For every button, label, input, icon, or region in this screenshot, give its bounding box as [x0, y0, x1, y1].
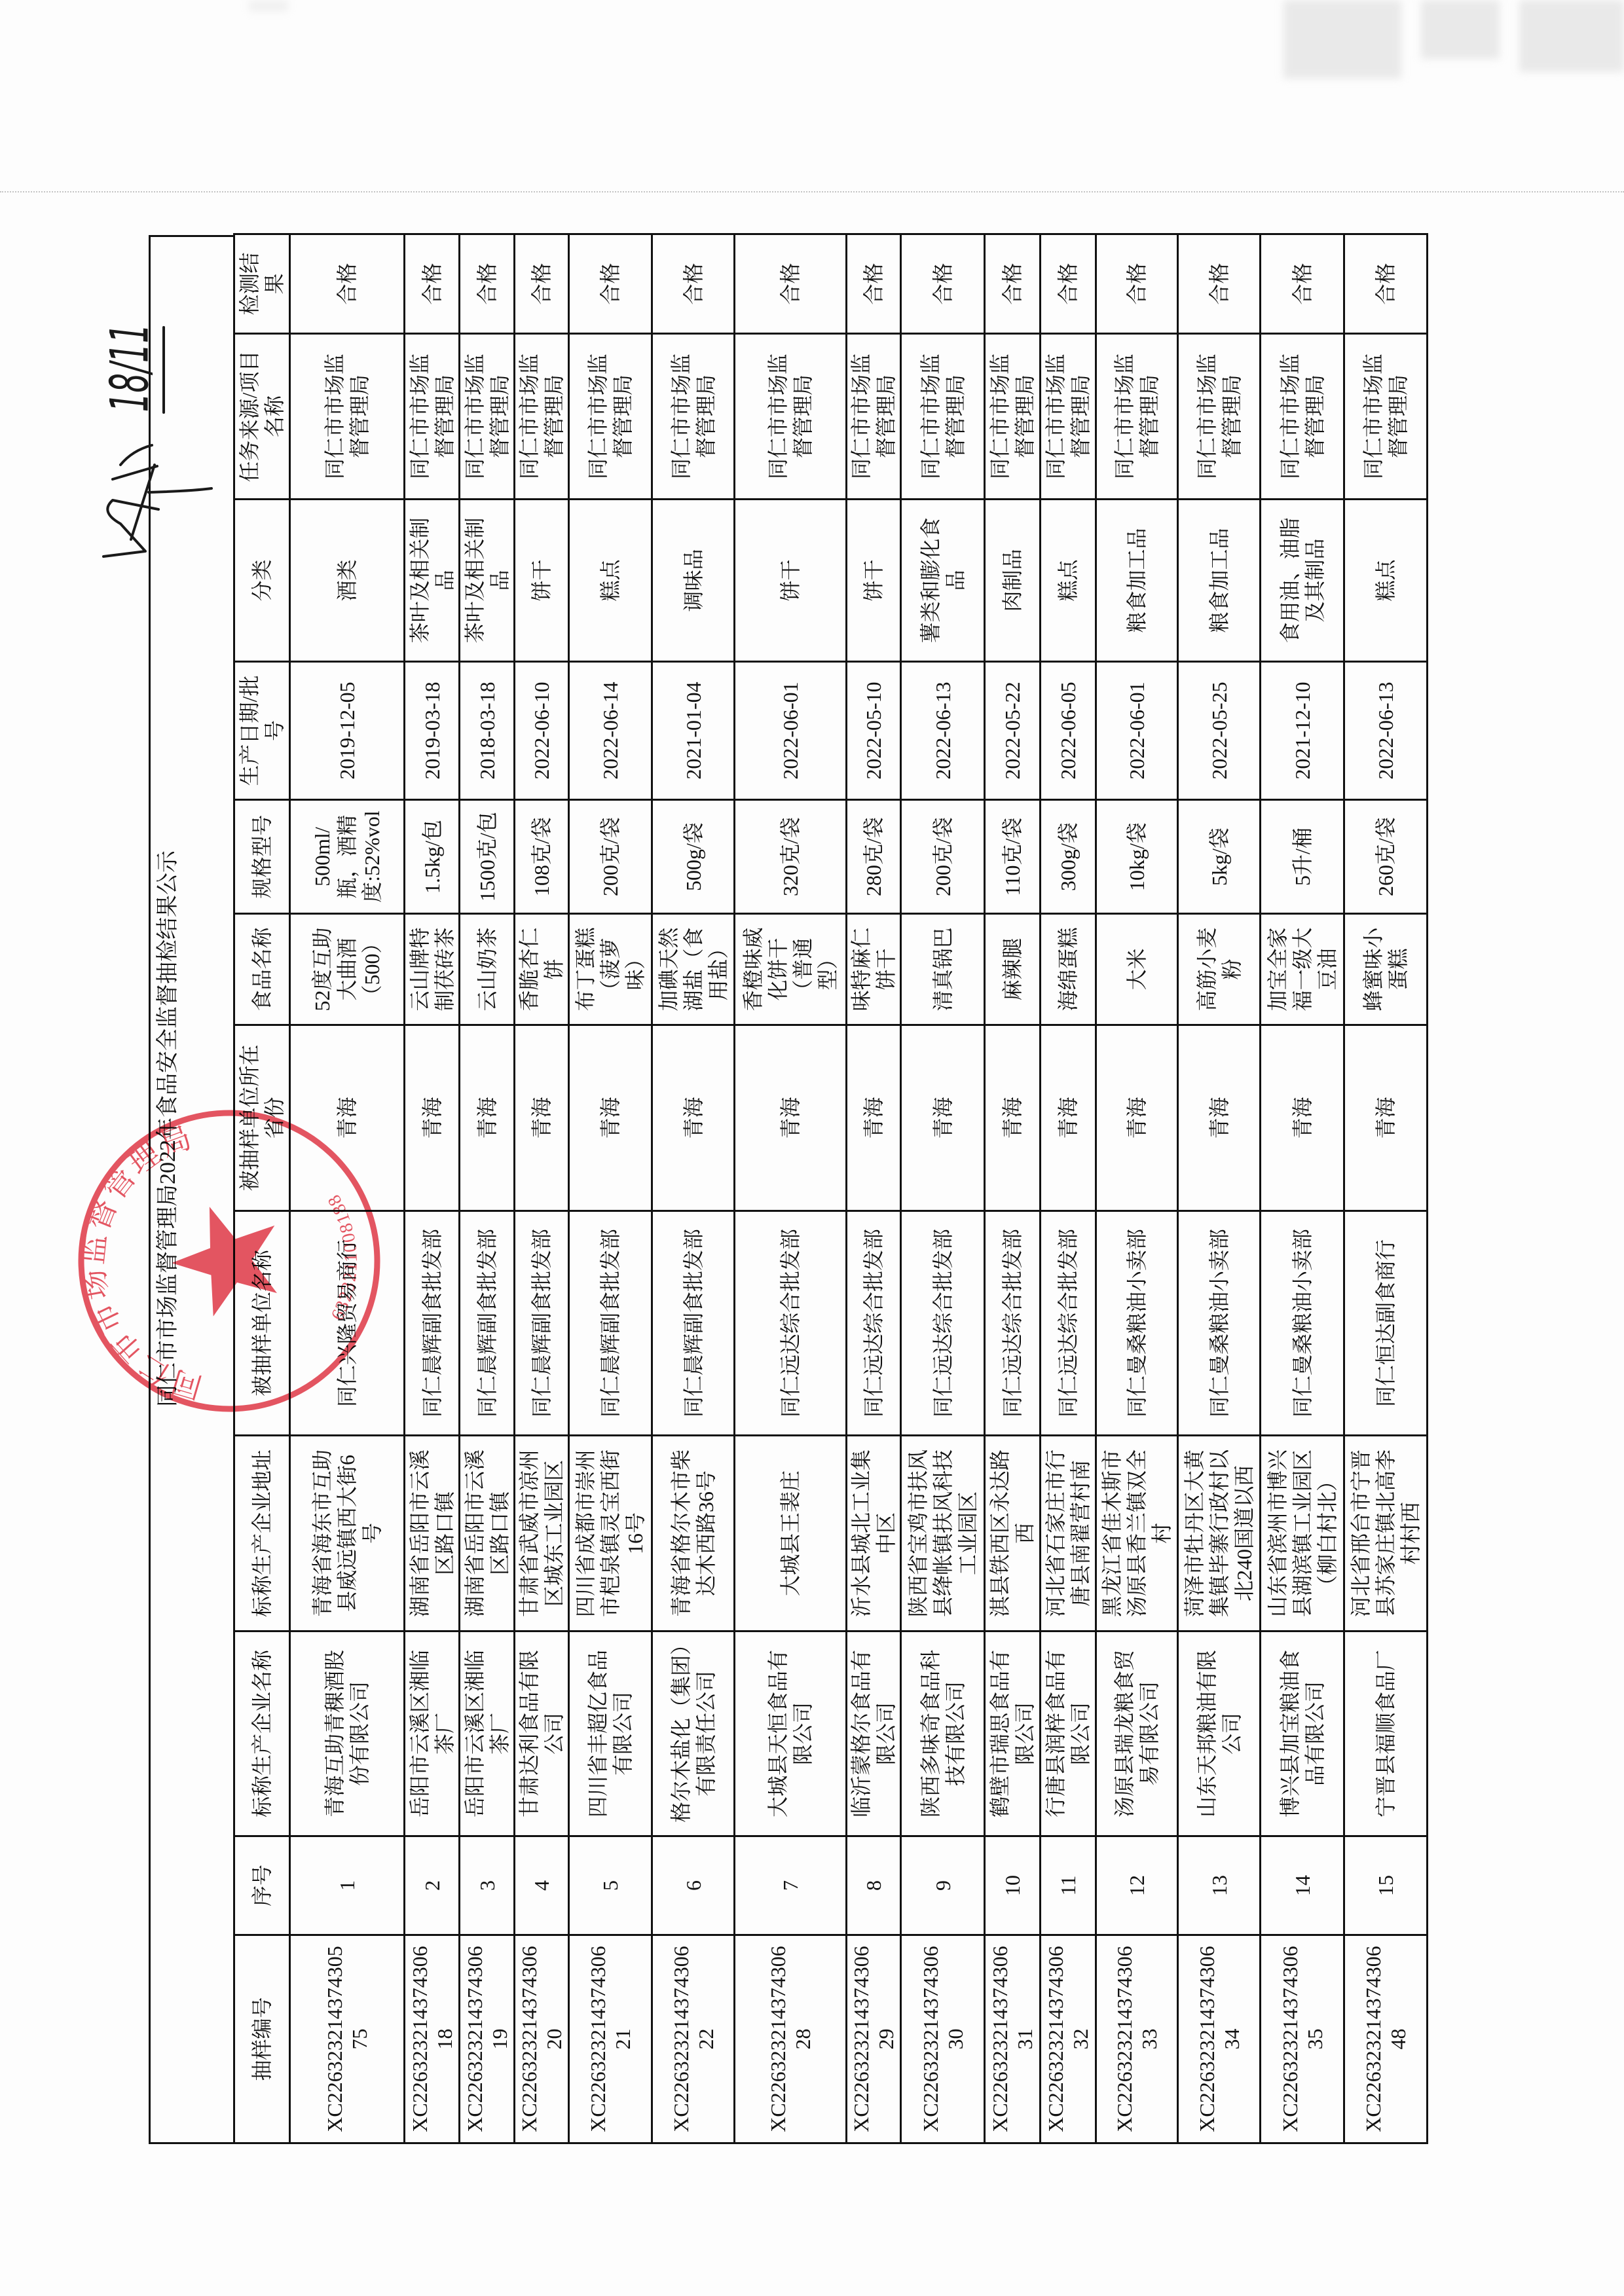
cell-manufacturer: 山东天邦粮油有限公司 [1178, 1631, 1261, 1836]
cell-food-name: 加碘天然湖盐（食用盐） [652, 914, 735, 1025]
cell-category: 糕点 [1344, 500, 1428, 662]
cell-food-name: 高筋小麦粉 [1178, 914, 1261, 1025]
cell-sample-no: XC22632321437430618 [405, 1935, 460, 2143]
cell-category: 酒类 [290, 500, 405, 662]
cell-manufacturer: 陕西多味奇食品科技有限公司 [901, 1631, 985, 1836]
cell-result: 合格 [735, 234, 847, 334]
cell-spec: 500ml/瓶，酒精度:52%vol [290, 800, 405, 914]
cell-sample-no: XC22632321437430628 [735, 1935, 847, 2143]
cell-category: 饼干 [847, 500, 901, 662]
cell-sample-no: XC22632321437430620 [515, 1935, 569, 2143]
cell-manufacturer: 岳阳市云溪区湘临茶厂 [405, 1631, 460, 1836]
cell-sampled-unit: 同仁曼桑粮油小卖部 [1096, 1211, 1178, 1436]
cell-food-name: 加宝全家福一级大豆油 [1261, 914, 1344, 1025]
cell-result: 合格 [1344, 234, 1428, 334]
cell-category: 茶叶及相关制品 [460, 500, 515, 662]
scanned-page: { "document": { "title": "同仁市市场监督管理局2022… [0, 0, 1624, 2296]
cell-sampled-unit: 同仁远达综合批发部 [901, 1211, 985, 1436]
header-spec: 规格型号 [234, 800, 290, 914]
cell-task-source: 同仁市市场监督管理局 [460, 334, 515, 500]
cell-production-date: 2019-12-05 [290, 662, 405, 800]
cell-manufacturer-address: 河北省邢台市宁晋县苏家庄镇北高李村村西 [1344, 1436, 1428, 1631]
cell-spec: 110克/袋 [985, 800, 1041, 914]
cell-production-date: 2022-06-14 [569, 662, 652, 800]
cell-category: 肉制品 [985, 500, 1041, 662]
cell-seq: 5 [569, 1836, 652, 1935]
cell-sampled-unit: 同仁晨辉副食批发部 [460, 1211, 515, 1436]
cell-sampled-province: 青海 [569, 1025, 652, 1211]
cell-food-name: 云山牌特制茯砖茶 [405, 914, 460, 1025]
cell-food-name: 52度互助大曲酒（500） [290, 914, 405, 1025]
cell-task-source: 同仁市市场监督管理局 [1344, 334, 1428, 500]
cell-result: 合格 [290, 234, 405, 334]
cell-food-name: 布丁蛋糕（菠萝味） [569, 914, 652, 1025]
cell-seq: 13 [1178, 1836, 1261, 1935]
table-row: XC226323214374306309陕西多味奇食品科技有限公司陕西省宝鸡市扶… [901, 234, 985, 2143]
cell-seq: 6 [652, 1836, 735, 1935]
header-category: 分类 [234, 500, 290, 662]
cell-food-name: 麻辣腿 [985, 914, 1041, 1025]
cell-result: 合格 [569, 234, 652, 334]
cell-manufacturer-address: 四川省成都市崇州市桤泉镇灵宝西街16号 [569, 1436, 652, 1631]
header-seq: 序号 [234, 1836, 290, 1935]
cell-food-name: 蜂蜜味小蛋糕 [1344, 914, 1428, 1025]
cell-seq: 12 [1096, 1836, 1178, 1935]
cell-food-name: 海绵蛋糕 [1041, 914, 1096, 1025]
cell-sample-no: XC22632321437430622 [652, 1935, 735, 2143]
results-table: 抽样编号 序号 标称生产企业名称 标称生产企业地址 被抽样单位名称 被抽样单位所… [233, 233, 1428, 2144]
cell-spec: 1.5kg/包 [405, 800, 460, 914]
cell-production-date: 2021-01-04 [652, 662, 735, 800]
cell-sampled-province: 青海 [1261, 1025, 1344, 1211]
cell-manufacturer-address: 湖南省岳阳市云溪区路口镇 [460, 1436, 515, 1631]
cell-spec: 5kg/袋 [1178, 800, 1261, 914]
cell-sampled-unit: 同仁远达综合批发部 [735, 1211, 847, 1436]
cell-manufacturer-address: 河北省石家庄市行唐县南翟营村南 [1041, 1436, 1096, 1631]
cell-result: 合格 [1041, 234, 1096, 334]
cell-production-date: 2019-03-18 [405, 662, 460, 800]
table-row: XC2263232143743063413山东天邦粮油有限公司菏泽市牡丹区大黄集… [1178, 234, 1261, 2143]
cell-seq: 7 [735, 1836, 847, 1935]
cell-spec: 108克/袋 [515, 800, 569, 914]
header-manufacturer: 标称生产企业名称 [234, 1631, 290, 1836]
cell-seq: 9 [901, 1836, 985, 1935]
cell-category: 糕点 [1041, 500, 1096, 662]
cell-food-name: 味特麻仁饼干 [847, 914, 901, 1025]
cell-category: 调味品 [652, 500, 735, 662]
table-row: XC226323214374306182岳阳市云溪区湘临茶厂湖南省岳阳市云溪区路… [405, 234, 460, 2143]
cell-seq: 10 [985, 1836, 1041, 1935]
cell-seq: 8 [847, 1836, 901, 1935]
cell-result: 合格 [652, 234, 735, 334]
scan-artifact-line [0, 191, 1624, 192]
cell-seq: 11 [1041, 1836, 1096, 1935]
cell-production-date: 2022-06-05 [1041, 662, 1096, 800]
cell-seq: 1 [290, 1836, 405, 1935]
cell-seq: 4 [515, 1836, 569, 1935]
seal-code-content: 6323211008188 [323, 1190, 363, 1324]
cell-category: 粮食加工品 [1096, 500, 1178, 662]
cell-task-source: 同仁市市场监督管理局 [901, 334, 985, 500]
cell-manufacturer-address: 陕西省宝鸡市扶风县绛帐镇扶风科技工业园区 [901, 1436, 985, 1631]
cell-result: 合格 [1178, 234, 1261, 334]
cell-result: 合格 [1261, 234, 1344, 334]
cell-category: 茶叶及相关制品 [405, 500, 460, 662]
cell-sampled-province: 青海 [735, 1025, 847, 1211]
cell-spec: 200克/袋 [569, 800, 652, 914]
cell-sampled-province: 青海 [460, 1025, 515, 1211]
cell-sampled-province: 青海 [847, 1025, 901, 1211]
cell-food-name: 云山奶茶 [460, 914, 515, 1025]
table-row: XC226323214374306193岳阳市云溪区湘临茶厂湖南省岳阳市云溪区路… [460, 234, 515, 2143]
cell-result: 合格 [460, 234, 515, 334]
cell-manufacturer-address: 青海省格尔木市柴达木西路36号 [652, 1436, 735, 1631]
cell-task-source: 同仁市市场监督管理局 [290, 334, 405, 500]
cell-sample-no: XC22632321437430632 [1041, 1935, 1096, 2143]
cell-sampled-province: 青海 [515, 1025, 569, 1211]
header-sample-no: 抽样编号 [234, 1935, 290, 2143]
cell-production-date: 2022-05-22 [985, 662, 1041, 800]
cell-food-name: 大米 [1096, 914, 1178, 1025]
cell-sampled-unit: 同仁恒达副食商行 [1344, 1211, 1428, 1436]
cell-sampled-province: 青海 [901, 1025, 985, 1211]
cell-sample-no: XC22632321437430630 [901, 1935, 985, 2143]
cell-sample-no: XC22632321437430629 [847, 1935, 901, 2143]
cell-seq: 2 [405, 1836, 460, 1935]
cell-food-name: 香脆杏仁饼 [515, 914, 569, 1025]
header-production-date: 生产日期/批号 [234, 662, 290, 800]
cell-result: 合格 [985, 234, 1041, 334]
cell-sampled-unit: 同仁晨辉副食批发部 [652, 1211, 735, 1436]
cell-sampled-province: 青海 [1096, 1025, 1178, 1211]
cell-sampled-province: 青海 [1178, 1025, 1261, 1211]
cell-manufacturer-address: 湖南省岳阳市云溪区路口镇 [405, 1436, 460, 1631]
cell-seq: 14 [1261, 1836, 1344, 1935]
cell-manufacturer: 宁晋县福顺食品厂 [1344, 1631, 1428, 1836]
cell-production-date: 2022-06-01 [1096, 662, 1178, 800]
cell-result: 合格 [901, 234, 985, 334]
cell-manufacturer-address: 菏泽市牡丹区大黄集镇毕寨行政村以北240国道以西 [1178, 1436, 1261, 1631]
cell-task-source: 同仁市市场监督管理局 [569, 334, 652, 500]
cell-seq: 3 [460, 1836, 515, 1935]
cell-sampled-province: 青海 [652, 1025, 735, 1211]
cell-food-name: 清真锅巴 [901, 914, 985, 1025]
cell-sample-no: XC22632321437430619 [460, 1935, 515, 2143]
cell-manufacturer: 博兴县加宝粮油食品有限公司 [1261, 1631, 1344, 1836]
cell-task-source: 同仁市市场监督管理局 [1096, 334, 1178, 500]
cell-manufacturer-address: 黑龙江省佳木斯市汤原县香兰镇双全村 [1096, 1436, 1178, 1631]
cell-task-source: 同仁市市场监督管理局 [1041, 334, 1096, 500]
cell-result: 合格 [405, 234, 460, 334]
header-food-name: 食品名称 [234, 914, 290, 1025]
handwritten-signature: 18/11 [65, 249, 236, 589]
cell-manufacturer: 汤原县瑞龙粮食贸易有限公司 [1096, 1631, 1178, 1836]
cell-production-date: 2022-06-13 [1344, 662, 1428, 800]
cell-sampled-province: 青海 [1041, 1025, 1096, 1211]
cell-category: 粮食加工品 [1178, 500, 1261, 662]
header-result: 检测结果 [234, 234, 290, 334]
cell-manufacturer-address: 大城县王裴庄 [735, 1436, 847, 1631]
cell-sampled-unit: 同仁晨辉副食批发部 [569, 1211, 652, 1436]
cell-production-date: 2018-03-18 [460, 662, 515, 800]
seal-code: 6323211008188 [323, 1190, 363, 1324]
cell-manufacturer-address: 山东省滨州市博兴县湖滨镇工业园区（柳白村北） [1261, 1436, 1344, 1631]
cell-sample-no: XC22632321437430621 [569, 1935, 652, 2143]
cell-spec: 320克/袋 [735, 800, 847, 914]
table-row: XC2263232143743063514博兴县加宝粮油食品有限公司山东省滨州市… [1261, 234, 1344, 2143]
table-row: XC226323214374306204甘肃达利食品有限公司甘肃省武威市凉州区城… [515, 234, 569, 2143]
cell-task-source: 同仁市市场监督管理局 [405, 334, 460, 500]
cell-sampled-unit: 同仁远达综合批发部 [1041, 1211, 1096, 1436]
cell-spec: 300g/袋 [1041, 800, 1096, 914]
scan-artifact-smudge [249, 0, 288, 12]
cell-manufacturer: 四川省丰超亿食品有限公司 [569, 1631, 652, 1836]
cell-spec: 10kg/袋 [1096, 800, 1178, 914]
cell-production-date: 2021-12-10 [1261, 662, 1344, 800]
cell-manufacturer-address: 甘肃省武威市凉州区城东工业园区 [515, 1436, 569, 1631]
cell-manufacturer: 岳阳市云溪区湘临茶厂 [460, 1631, 515, 1836]
cell-spec: 280克/袋 [847, 800, 901, 914]
cell-sampled-province: 青海 [1344, 1025, 1428, 1211]
cell-result: 合格 [847, 234, 901, 334]
cell-sample-no: XC22632321437430648 [1344, 1935, 1428, 2143]
cell-sample-no: XC22632321437430631 [985, 1935, 1041, 2143]
cell-production-date: 2022-06-01 [735, 662, 847, 800]
scan-artifact-smudge [1421, 0, 1500, 59]
cell-manufacturer: 甘肃达利食品有限公司 [515, 1631, 569, 1836]
cell-seq: 15 [1344, 1836, 1428, 1935]
cell-sampled-unit: 同仁晨辉副食批发部 [515, 1211, 569, 1436]
cell-spec: 1500克/包 [460, 800, 515, 914]
cell-task-source: 同仁市市场监督管理局 [985, 334, 1041, 500]
cell-result: 合格 [1096, 234, 1178, 334]
cell-category: 糕点 [569, 500, 652, 662]
cell-production-date: 2022-05-10 [847, 662, 901, 800]
cell-sampled-unit: 同仁远达综合批发部 [985, 1211, 1041, 1436]
official-seal: 同仁市市场监督管理局 6323211008188 [67, 1099, 392, 1423]
table-row: XC226323214374306215四川省丰超亿食品有限公司四川省成都市崇州… [569, 234, 652, 2143]
cell-result: 合格 [515, 234, 569, 334]
scan-artifact-smudge [1519, 0, 1624, 72]
cell-sampled-unit: 同仁远达综合批发部 [847, 1211, 901, 1436]
cell-manufacturer-address: 青海省海东市互助县威远镇西大街6号 [290, 1436, 405, 1631]
cell-manufacturer: 青海互助青稞酒股份有限公司 [290, 1631, 405, 1836]
cell-task-source: 同仁市市场监督管理局 [847, 334, 901, 500]
cell-sample-no: XC22632321437430635 [1261, 1935, 1344, 2143]
cell-category: 食用油、油脂及其制品 [1261, 500, 1344, 662]
cell-production-date: 2022-06-13 [901, 662, 985, 800]
signature-date: 18/11 [100, 324, 160, 412]
table-row: XC2263232143743064815宁晋县福顺食品厂河北省邢台市宁晋县苏家… [1344, 234, 1428, 2143]
table-row: XC226323214374306287大城县天恒食品有限公司大城县王裴庄同仁远… [735, 234, 847, 2143]
cell-task-source: 同仁市市场监督管理局 [735, 334, 847, 500]
cell-manufacturer: 大城县天恒食品有限公司 [735, 1631, 847, 1836]
cell-manufacturer: 鹤壁市瑞思食品有限公司 [985, 1631, 1041, 1836]
cell-sampled-unit: 同仁曼桑粮油小卖部 [1261, 1211, 1344, 1436]
cell-spec: 5升/桶 [1261, 800, 1344, 914]
seal-star-icon [170, 1205, 278, 1318]
header-task-source: 任务来源/项目名称 [234, 334, 290, 500]
cell-sampled-unit: 同仁曼桑粮油小卖部 [1178, 1211, 1261, 1436]
cell-category: 饼干 [515, 500, 569, 662]
cell-spec: 200克/袋 [901, 800, 985, 914]
table-row: XC226323214374306226格尔木盐化（集团）有限责任公司青海省格尔… [652, 234, 735, 2143]
table-row: XC2263232143743063312汤原县瑞龙粮食贸易有限公司黑龙江省佳木… [1096, 234, 1178, 2143]
cell-manufacturer: 临沂蒙格尔食品有限公司 [847, 1631, 901, 1836]
cell-task-source: 同仁市市场监督管理局 [1178, 334, 1261, 500]
cell-category: 薯类和膨化食品 [901, 500, 985, 662]
cell-manufacturer-address: 沂水县城北工业集中区 [847, 1436, 901, 1631]
cell-sampled-province: 青海 [405, 1025, 460, 1211]
cell-category: 饼干 [735, 500, 847, 662]
cell-production-date: 2022-06-10 [515, 662, 569, 800]
cell-manufacturer: 行唐县润梓食品有限公司 [1041, 1631, 1096, 1836]
cell-production-date: 2022-05-25 [1178, 662, 1261, 800]
cell-manufacturer: 格尔木盐化（集团）有限责任公司 [652, 1631, 735, 1836]
cell-task-source: 同仁市市场监督管理局 [652, 334, 735, 500]
cell-task-source: 同仁市市场监督管理局 [515, 334, 569, 500]
table-row: XC2263232143743063110鹤壁市瑞思食品有限公司淇县铁西区永达路… [985, 234, 1041, 2143]
cell-manufacturer-address: 淇县铁西区永达路西 [985, 1436, 1041, 1631]
cell-sample-no: XC22632321437430634 [1178, 1935, 1261, 2143]
cell-spec: 260克/袋 [1344, 800, 1428, 914]
cell-task-source: 同仁市市场监督管理局 [1261, 334, 1344, 500]
cell-spec: 500g/袋 [652, 800, 735, 914]
scan-artifact-smudge [1283, 0, 1401, 79]
cell-sampled-province: 青海 [985, 1025, 1041, 1211]
cell-sample-no: XC22632321437430575 [290, 1935, 405, 2143]
cell-sampled-unit: 同仁晨辉副食批发部 [405, 1211, 460, 1436]
table-row: XC226323214374306298临沂蒙格尔食品有限公司沂水县城北工业集中… [847, 234, 901, 2143]
table-row: XC2263232143743063211行唐县润梓食品有限公司河北省石家庄市行… [1041, 234, 1096, 2143]
cell-sample-no: XC22632321437430633 [1096, 1935, 1178, 2143]
header-manufacturer-address: 标称生产企业地址 [234, 1436, 290, 1631]
cell-food-name: 香橙味威化饼干（普通型） [735, 914, 847, 1025]
table-body: XC226323214374305751青海互助青稞酒股份有限公司青海省海东市互… [290, 234, 1428, 2143]
